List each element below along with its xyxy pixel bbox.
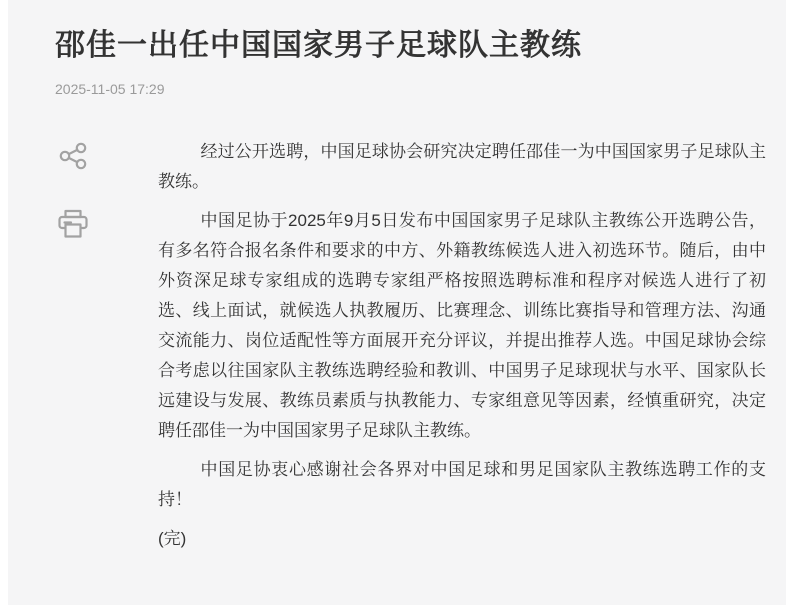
page-title: 邵佳一出任中国国家男子足球队主教练 (55, 26, 766, 65)
print-icon (55, 207, 91, 243)
share-button[interactable] (55, 139, 91, 175)
share-icon (55, 139, 91, 175)
article-page: 邵佳一出任中国国家男子足球队主教练 2025-11-05 17:29 (0, 0, 786, 563)
article-body: 经过公开选聘，中国足球协会研究决定聘任邵佳一为中国国家男子足球队主教练。 中国足… (158, 137, 766, 563)
print-button[interactable] (55, 207, 91, 243)
left-margin-strip (0, 0, 8, 605)
article-paragraph: 中国足协衷心感谢社会各界对中国足球和男足国家队主教练选聘工作的支持！ (158, 455, 766, 515)
article-end-mark: (完) (158, 524, 766, 554)
share-toolbar (55, 137, 158, 243)
content-area: 经过公开选聘，中国足球协会研究决定聘任邵佳一为中国国家男子足球队主教练。 中国足… (55, 137, 766, 563)
publish-date: 2025-11-05 17:29 (55, 81, 766, 97)
article-paragraph: 经过公开选聘，中国足球协会研究决定聘任邵佳一为中国国家男子足球队主教练。 (158, 137, 766, 197)
article-paragraph: 中国足协于2025年9月5日发布中国国家男子足球队主教练公开选聘公告，有多名符合… (158, 206, 766, 446)
